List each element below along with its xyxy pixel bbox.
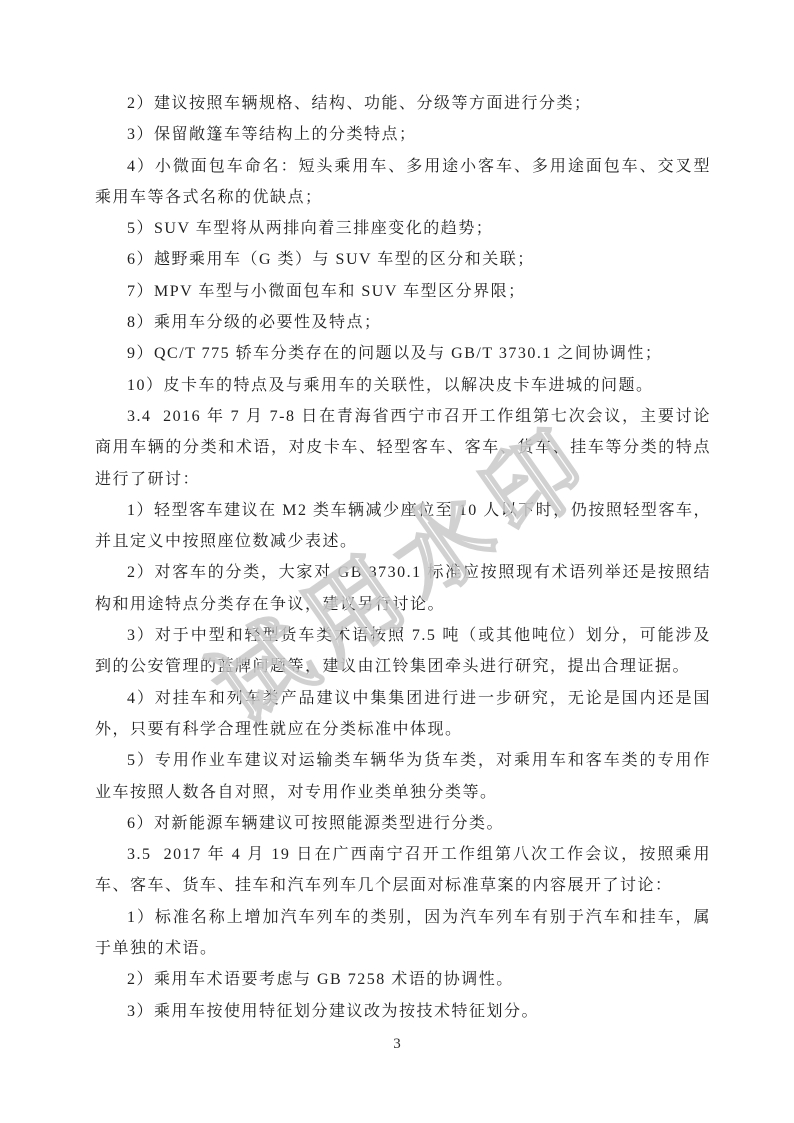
section-heading-paragraph: 3.4 2016 年 7 月 7-8 日在青海省西宁市召开工作组第七次会议，主要… — [95, 401, 711, 495]
paragraph: 3）对于中型和轻型货车类术语按照 7.5 吨（或其他吨位）划分，可能涉及到的公安… — [95, 620, 711, 683]
paragraph: 2）对客车的分类，大家对 GB 3730.1 标准应按照现有术语列举还是按照结构… — [95, 557, 711, 620]
paragraph: 6）对新能源车辆建议可按照能源类型进行分类。 — [95, 808, 711, 839]
paragraph: 6）越野乘用车（G 类）与 SUV 车型的区分和关联； — [95, 244, 711, 275]
paragraph: 1）轻型客车建议在 M2 类车辆减少座位至 10 人以下时，仍按照轻型客车，并且… — [95, 495, 711, 558]
paragraph: 9）QC/T 775 轿车分类存在的问题以及与 GB/T 3730.1 之间协调… — [95, 338, 711, 369]
page-number: 3 — [0, 1036, 794, 1053]
section-heading-paragraph: 3.5 2017 年 4 月 19 日在广西南宁召开工作组第八次工作会议，按照乘… — [95, 839, 711, 902]
document-page: 2）建议按照车辆规格、结构、功能、分级等方面进行分类； 3）保留敞篷车等结构上的… — [0, 0, 794, 1123]
paragraph: 2）建议按照车辆规格、结构、功能、分级等方面进行分类； — [95, 88, 711, 119]
paragraph: 3）乘用车按使用特征划分建议改为按技术特征划分。 — [95, 996, 711, 1027]
paragraph: 5）专用作业车建议对运输类车辆华为货车类，对乘用车和客车类的专用作业车按照人数各… — [95, 745, 711, 808]
paragraph: 3）保留敞篷车等结构上的分类特点； — [95, 119, 711, 150]
paragraph: 8）乘用车分级的必要性及特点； — [95, 307, 711, 338]
paragraph: 5）SUV 车型将从两排向着三排座变化的趋势； — [95, 213, 711, 244]
paragraph: 4）小微面包车命名：短头乘用车、多用途小客车、多用途面包车、交叉型乘用车等各式名… — [95, 151, 711, 214]
paragraph: 10）皮卡车的特点及与乘用车的关联性，以解决皮卡车进城的问题。 — [95, 370, 711, 401]
paragraph: 4）对挂车和列车类产品建议中集集团进行进一步研究，无论是国内还是国外，只要有科学… — [95, 683, 711, 746]
paragraph: 1）标准名称上增加汽车列车的类别，因为汽车列车有别于汽车和挂车，属于单独的术语。 — [95, 902, 711, 965]
paragraph: 7）MPV 车型与小微面包车和 SUV 车型区分界限； — [95, 276, 711, 307]
document-body: 2）建议按照车辆规格、结构、功能、分级等方面进行分类； 3）保留敞篷车等结构上的… — [95, 88, 711, 1027]
paragraph: 2）乘用车术语要考虑与 GB 7258 术语的协调性。 — [95, 964, 711, 995]
